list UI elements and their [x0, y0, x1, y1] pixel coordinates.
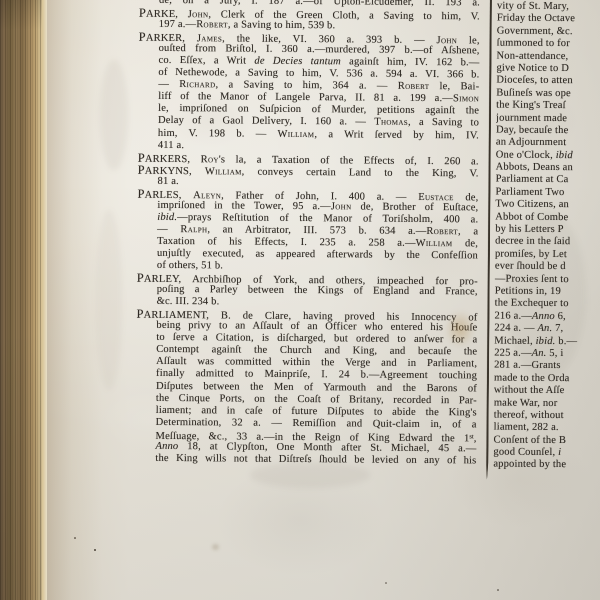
text-line: decree in the ſaid: [495, 236, 598, 249]
text-line: thereof, without: [494, 409, 597, 422]
paper-speck: [497, 589, 499, 591]
text-line: Conſent of the B: [493, 434, 596, 447]
text-line: liament, 282 a.: [494, 422, 597, 435]
main-column: de, on a Jury, I. 187 a.—of Upton-Eſcude…: [135, 0, 480, 467]
text-line: an Adjournment: [496, 137, 599, 150]
text-line: appointed by the: [493, 459, 596, 472]
text-line: Abbots, Deans an: [496, 162, 599, 175]
printed-area: de, on a Jury, I. 187 a.—of Upton-Eſcude…: [0, 0, 600, 600]
stain: [445, 310, 475, 348]
right-column: vity of St. Mary,Friday the OctaveGovern…: [493, 1, 600, 473]
text-line: good Counſel, i: [493, 447, 596, 460]
text-line: Abbot of Combe: [495, 211, 598, 224]
text-line: 224 a. — An. 7,: [494, 323, 597, 336]
text-line: the King's Treaſ: [496, 100, 599, 113]
text-line: made to the Orda: [494, 372, 597, 385]
column-rule: [486, 0, 492, 479]
paper-speck: [385, 582, 387, 584]
text-line: Parliament Two: [495, 186, 598, 199]
text-line: make War, nor: [494, 397, 597, 410]
text-line: Non-attendance,: [497, 50, 600, 63]
page-edges-texture: [0, 0, 42, 600]
book-fore-edge: [0, 0, 47, 600]
text-line: the Exchequer to: [495, 298, 598, 311]
text-line: One o'Clock, ibid: [496, 149, 599, 162]
text-line: Petitions in, 19: [495, 286, 598, 299]
text-line: Government, &c.: [497, 25, 600, 38]
text-line: PARKYNS, William, conveys certain Land t…: [138, 163, 479, 178]
text-line: ſummoned to for: [497, 38, 600, 51]
text-line: without the Aſſe: [494, 385, 597, 398]
text-line: the King wills not that Diſtreſs ſhould …: [135, 453, 476, 468]
text-line: 281 a.—Grants: [494, 360, 597, 373]
text-line: —Proxies ſent to: [495, 273, 598, 286]
text-line: Day, becauſe the: [496, 124, 599, 137]
text-line: promiſes, by Let: [495, 248, 598, 261]
text-line: 216 a.—Anno 6,: [494, 310, 597, 323]
text-line: Parliament at Ca: [496, 174, 599, 187]
book-page-photo: de, on a Jury, I. 187 a.—of Upton-Eſcude…: [0, 0, 600, 600]
text-line: Michael, ibid. b.—: [494, 335, 597, 348]
text-line: Two Citizens, an: [495, 199, 598, 212]
paper-speck: [74, 537, 76, 539]
paper-speck: [268, 116, 270, 118]
text-line: ever ſhould be d: [495, 261, 598, 274]
paper-speck: [212, 544, 219, 550]
text-line: journment made: [496, 112, 599, 125]
text-line: Dioceſes, to atten: [496, 75, 599, 88]
text-line: Buſineſs was ope: [496, 87, 599, 100]
text-line: vity of St. Mary,: [497, 1, 600, 14]
text-line: Friday the Octave: [497, 13, 600, 26]
text-line: 225 a.—An. 5, i: [494, 347, 597, 360]
